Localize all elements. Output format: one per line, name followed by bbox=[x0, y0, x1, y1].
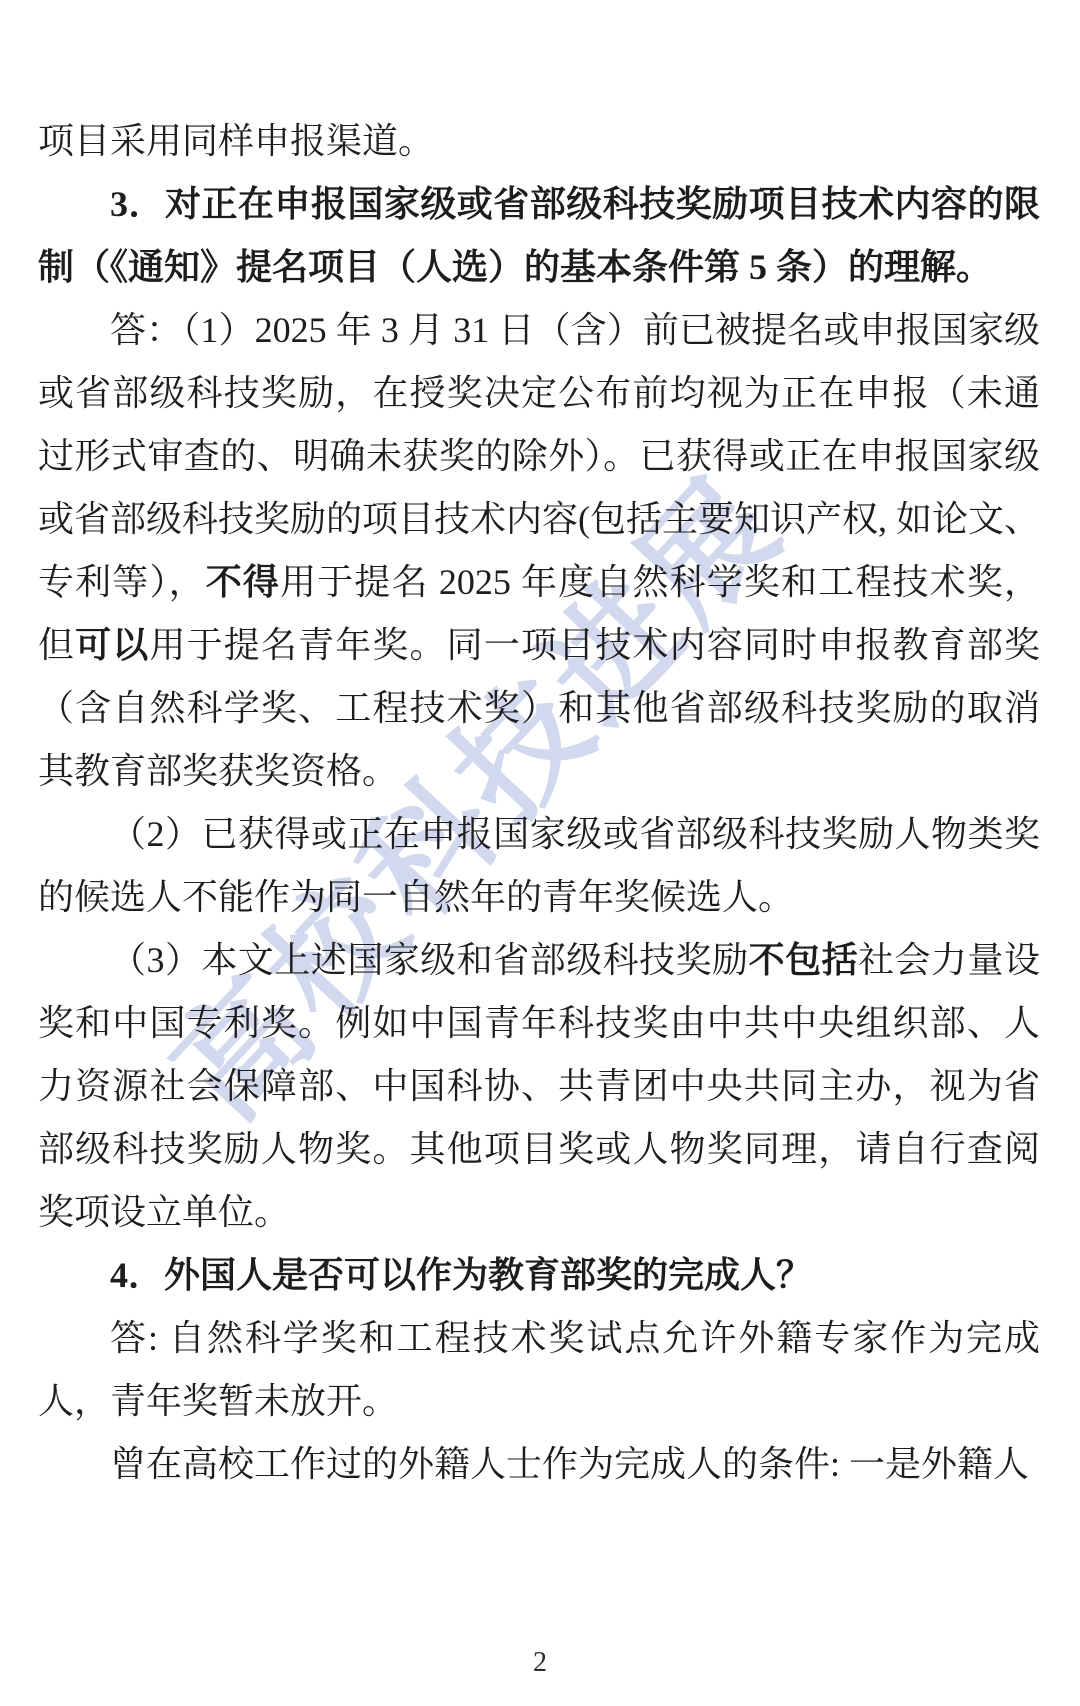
text-run: （3）本文上述国家级和省部级科技奖励 bbox=[110, 940, 749, 980]
document-body: 项目采用同样申报渠道。3．对正在申报国家级或省部级科技奖励项目技术内容的限制（《… bbox=[38, 0, 1040, 1496]
heading-paragraph: 4．外国人是否可以作为教育部奖的完成人？ bbox=[38, 1244, 1040, 1307]
body-paragraph: （2）已获得或正在申报国家级或省部级科技奖励人物类奖的候选人不能作为同一自然年的… bbox=[38, 803, 1040, 929]
text-run: 社会力量设奖和中国专利奖。例如中国青年科技奖由中共中央组织部、人力资源社会保障部… bbox=[38, 940, 1040, 1232]
body-paragraph: 答: 自然科学奖和工程技术奖试点允许外籍专家作为完成人，青年奖暂未放开。 bbox=[38, 1307, 1040, 1433]
heading-paragraph: 3．对正在申报国家级或省部级科技奖励项目技术内容的限制（《通知》提名项目（人选）… bbox=[38, 173, 1040, 299]
body-paragraph: （3）本文上述国家级和省部级科技奖励不包括社会力量设奖和中国专利奖。例如中国青年… bbox=[38, 929, 1040, 1244]
body-paragraph: 曾在高校工作过的外籍人士作为完成人的条件: 一是外籍人 bbox=[38, 1433, 1040, 1496]
bold-text-run: 可以 bbox=[75, 625, 149, 665]
bold-text-run: 不包括 bbox=[749, 940, 858, 980]
text-run: 用于提名青年奖。同一项目技术内容同时申报教育部奖（含自然科学奖、工程技术奖）和其… bbox=[38, 625, 1040, 791]
text-run: （2）已获得或正在申报国家级或省部级科技奖励人物类奖的候选人不能作为同一自然年的… bbox=[38, 814, 1040, 917]
bold-text-run: 4．外国人是否可以作为教育部奖的完成人？ bbox=[110, 1255, 812, 1295]
body-paragraph: 项目采用同样申报渠道。 bbox=[38, 110, 1040, 173]
bold-text-run: 3．对正在申报国家级或省部级科技奖励项目技术内容的限制（《通知》提名项目（人选）… bbox=[38, 184, 1040, 287]
body-paragraph: 答：（1）2025 年 3 月 31 日（含）前已被提名或申报国家级或省部级科技… bbox=[38, 299, 1040, 803]
text-run: 答: 自然科学奖和工程技术奖试点允许外籍专家作为完成人，青年奖暂未放开。 bbox=[38, 1318, 1040, 1421]
text-run: 曾在高校工作过的外籍人士作为完成人的条件: 一是外籍人 bbox=[110, 1444, 1029, 1484]
document-page: 高校科技进展 项目采用同样申报渠道。3．对正在申报国家级或省部级科技奖励项目技术… bbox=[0, 0, 1080, 1706]
page-number: 2 bbox=[0, 1645, 1080, 1681]
text-run: 答：（1）2025 年 3 月 31 日（含）前已被提名或申报国家级或省部级科技… bbox=[38, 310, 1040, 602]
bold-text-run: 不得 bbox=[206, 562, 280, 602]
text-run: 项目采用同样申报渠道。 bbox=[38, 121, 434, 161]
